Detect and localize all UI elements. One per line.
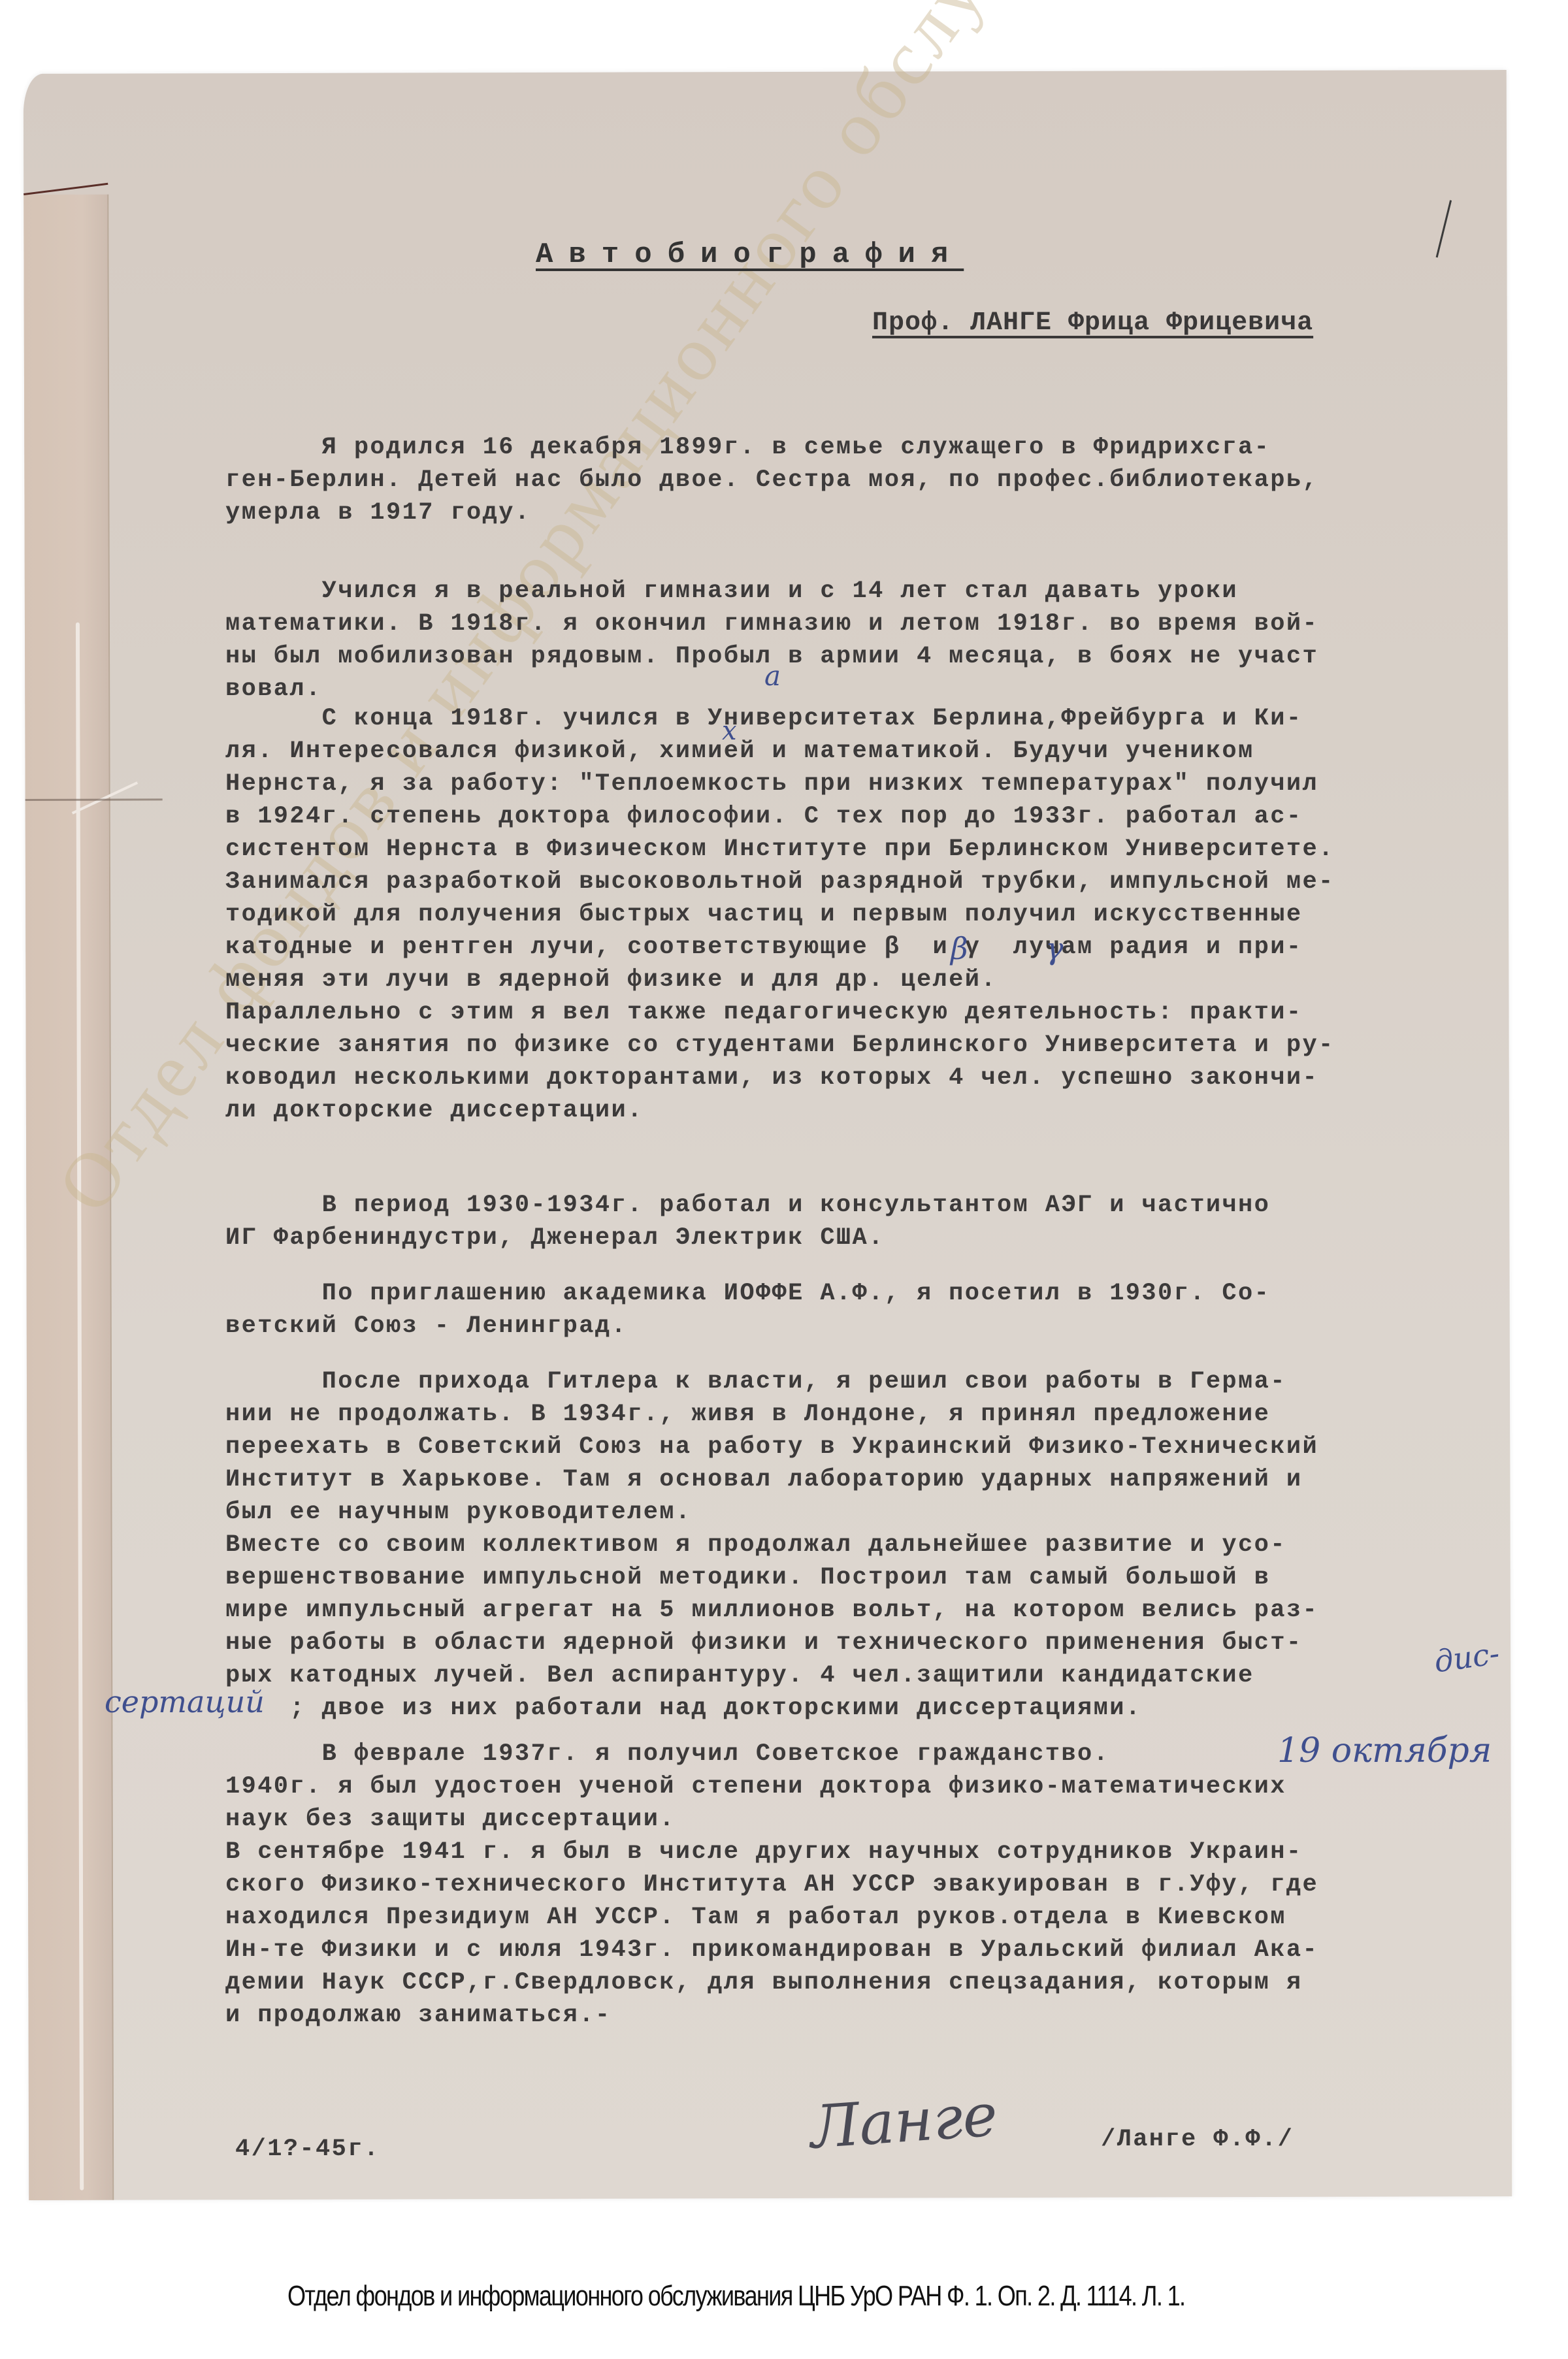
text-line: С конца 1918г. учился в Университетах Бе… [225,702,1486,735]
signature: Ланге [808,2081,1000,2162]
text-line: Параллельно с этим я вел также педагогич… [225,996,1486,1029]
text-line: вовал. [225,673,1486,706]
text-line: ; двое из них работали над докторскими д… [225,1692,1486,1725]
paragraph-citizenship: В феврале 1937г. я получил Советское гра… [225,1738,1486,2032]
text-line: ИГ Фарбениндустри, Дженерал Электрик США… [225,1222,1486,1254]
text-line: ского Физико-технического Института АН У… [225,1868,1486,1901]
text-line: ли докторские диссертации. [225,1094,1486,1127]
page-number-mark [1436,200,1452,257]
binding-strip [24,195,114,2200]
text-line: Занимался разработкой высоковольтной раз… [225,866,1486,898]
text-line: рых катодных лучей. Вел аспирантуру. 4 ч… [225,1659,1486,1692]
paragraph-kharkov: После прихода Гитлера к власти, я решил … [225,1365,1486,1725]
text-line: Нернста, я за работу: "Теплоемкость при … [225,768,1486,800]
archive-citation-caption: Отдел фондов и информационного обслужива… [287,2280,1327,2313]
paper-crease [25,798,163,801]
paragraph-education: Учился я в реальной гимназии и с 14 лет … [225,575,1486,706]
text-line: ветский Союз - Ленинград. [225,1310,1486,1342]
text-line: вершенствование импульсной методики. Пос… [225,1561,1486,1594]
text-line: демии Наук СССР,г.Свердловск, для выполн… [225,1966,1486,1999]
text-line: В сентябре 1941 г. я был в числе других … [225,1836,1486,1868]
text-line: Я родился 16 декабря 1899г. в семье служ… [225,431,1486,464]
text-line: и продолжаю заниматься.- [225,1999,1486,2032]
handwritten-beta: β [951,931,968,966]
text-line: В период 1930-1934г. работал и консульта… [225,1189,1486,1222]
text-line: 1940г. я был удостоен ученой степени док… [225,1770,1486,1803]
text-line: мире импульсный агрегат на 5 миллионов в… [225,1594,1486,1627]
text-line: После прихода Гитлера к власти, я решил … [225,1365,1486,1398]
text-line: систентом Нернста в Физическом Институте… [225,833,1486,866]
text-line: Институт в Харькове. Там я основал лабор… [225,1463,1486,1496]
binding-edge-line [24,183,108,195]
text-line: находился Президиум АН УССР. Там я работ… [225,1901,1486,1934]
document-subtitle: Проф. ЛАНГЕ Фрица Фрицевича [872,307,1313,340]
text-line: ля. Интересовался физикой, химией и мате… [225,735,1486,768]
text-line: был ее научным руководителем. [225,1496,1486,1529]
handwritten-dissertation-left: сертаций [105,1684,265,1719]
handwritten-correction-army: а [764,660,781,692]
paragraph-university: С конца 1918г. учился в Университетах Бе… [225,702,1486,1127]
text-line: По приглашению академика ИОФФЕ А.Ф., я п… [225,1277,1486,1310]
text-line: ны был мобилизован рядовым. Пробыл в арм… [225,640,1486,673]
text-line: в 1924г. степень доктора философии. С те… [225,800,1486,833]
text-line: Ин-те Физики и с июля 1943г. прикомандир… [225,1934,1486,1966]
document-title: Автобиография [536,238,964,271]
text-line: Учился я в реальной гимназии и с 14 лет … [225,575,1486,608]
paragraph-consulting: В период 1930-1934г. работал и консульта… [225,1189,1486,1254]
text-line: умерла в 1917 году. [225,496,1486,529]
text-line: катодные и рентген лучи, соответствующие… [225,931,1486,964]
text-line: Вместе со своим коллективом я продолжал … [225,1529,1486,1561]
text-line: нии не продолжать. В 1934г., живя в Лонд… [225,1398,1486,1431]
text-line: переехать в Советский Союз на работу в У… [225,1431,1486,1463]
text-line: наук без защиты диссертации. [225,1803,1486,1836]
handwritten-correction-university: х [722,716,737,746]
handwritten-date-insert: 19 октября [1277,1731,1492,1770]
document-date: 4/1?-45г. [235,2133,380,2166]
text-line: математики. В 1918г. я окончил гимназию … [225,608,1486,640]
paragraph-birth: Я родился 16 декабря 1899г. в семье служ… [225,431,1486,529]
handwritten-gamma: γ [1045,931,1064,966]
text-line: тодикой для получения быстрых частиц и п… [225,898,1486,931]
text-line: меняя эти лучи в ядерной физике и для др… [225,964,1486,996]
text-line: ководил несколькими докторантами, из кот… [225,1062,1486,1094]
paragraph-ioffe: По приглашению академика ИОФФЕ А.Ф., я п… [225,1277,1486,1342]
text-line: ческие занятия по физике со студентами Б… [225,1029,1486,1062]
typed-name: /Ланге Ф.Ф./ [1101,2123,1294,2156]
text-line: ные работы в области ядерной физики и те… [225,1627,1486,1659]
text-line: ген-Берлин. Детей нас было двое. Сестра … [225,464,1486,496]
